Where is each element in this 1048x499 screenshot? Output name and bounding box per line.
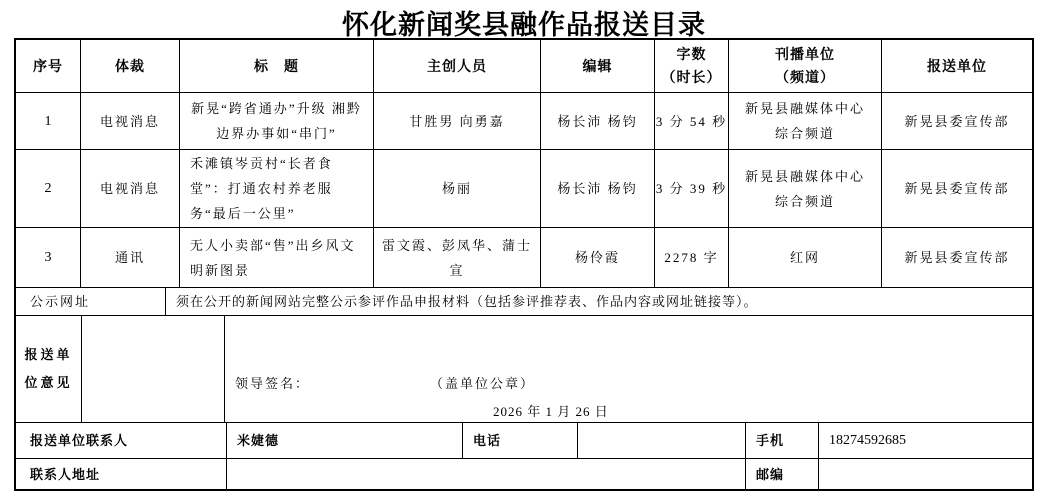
- notice-content: 须在公开的新闻网站完整公示参评作品申报材料（包括参评推荐表、作品内容或网址链接等…: [166, 288, 1032, 316]
- row3-title: 无人小卖部“售”出乡风文明新图景: [180, 228, 374, 288]
- notice-row: 公示网址 须在公开的新闻网站完整公示参评作品申报材料（包括参评推荐表、作品内容或…: [16, 288, 1032, 316]
- opinion-blank-cell: [82, 316, 225, 423]
- row2-submitter: 新晃县委宣传部: [882, 150, 1032, 228]
- contact-name: 米婕德: [227, 423, 463, 459]
- main-grid: 序号 体裁 标 题 主创人员 编辑 字数 （时长） 刊播单位 （频道） 报送单位…: [16, 40, 1032, 288]
- mobile-label: 手机: [746, 423, 819, 459]
- opinion-row: 报送单位意见 领导签名： （盖单位公章） 2026 年 1 月 26 日: [16, 316, 1032, 423]
- leader-signature-label: 领导签名：: [235, 371, 310, 396]
- document-page: 怀化新闻奖县融作品报送目录 序号 体裁 标 题 主创人员 编辑 字数 （时长） …: [0, 0, 1048, 499]
- row3-editor: 杨伶霞: [541, 228, 655, 288]
- col-header-creators: 主创人员: [374, 40, 541, 93]
- address-row: 联系人地址 邮编: [16, 459, 1032, 489]
- row3-outlet: 红网: [729, 228, 882, 288]
- opinion-content-cell: 领导签名： （盖单位公章） 2026 年 1 月 26 日: [225, 316, 1032, 423]
- row2-creators: 杨丽: [374, 150, 541, 228]
- mobile-value: 18274592685: [819, 423, 1032, 459]
- col-header-no: 序号: [16, 40, 81, 93]
- col-header-editor: 编辑: [541, 40, 655, 93]
- row1-no: 1: [16, 93, 81, 150]
- page-title: 怀化新闻奖县融作品报送目录: [0, 3, 1048, 42]
- row1-editor: 杨长沛 杨钧: [541, 93, 655, 150]
- submission-table: 序号 体裁 标 题 主创人员 编辑 字数 （时长） 刊播单位 （频道） 报送单位…: [14, 38, 1034, 491]
- row1-genre: 电视消息: [81, 93, 180, 150]
- opinion-date: 2026 年 1 月 26 日: [493, 399, 609, 423]
- notice-label: 公示网址: [16, 288, 166, 316]
- row2-genre: 电视消息: [81, 150, 180, 228]
- zip-value: [819, 459, 1032, 489]
- col-header-title: 标 题: [180, 40, 374, 93]
- zip-label: 邮编: [746, 459, 819, 489]
- row1-outlet: 新晃县融媒体中心综合频道: [729, 93, 882, 150]
- phone-label: 电话: [463, 423, 578, 459]
- row1-creators: 甘胜男 向勇嘉: [374, 93, 541, 150]
- row2-length: 3 分 39 秒: [655, 150, 729, 228]
- address-value: [227, 459, 746, 489]
- row2-outlet: 新晃县融媒体中心综合频道: [729, 150, 882, 228]
- col-header-submitter: 报送单位: [882, 40, 1032, 93]
- row2-editor: 杨长沛 杨钧: [541, 150, 655, 228]
- row1-title: 新晃“跨省通办”升级 湘黔边界办事如“串门”: [180, 93, 374, 150]
- row3-no: 3: [16, 228, 81, 288]
- row1-submitter: 新晃县委宣传部: [882, 93, 1032, 150]
- phone-value: [578, 423, 746, 459]
- address-label: 联系人地址: [16, 459, 227, 489]
- col-header-genre: 体裁: [81, 40, 180, 93]
- contact-row: 报送单位联系人 米婕德 电话 手机 18274592685: [16, 423, 1032, 459]
- row3-submitter: 新晃县委宣传部: [882, 228, 1032, 288]
- row3-creators: 雷文霞、彭凤华、蒲士宣: [374, 228, 541, 288]
- opinion-label: 报送单位意见: [16, 316, 82, 423]
- col-header-outlet: 刊播单位 （频道）: [729, 40, 882, 93]
- contact-label: 报送单位联系人: [16, 423, 227, 459]
- row3-length: 2278 字: [655, 228, 729, 288]
- row2-no: 2: [16, 150, 81, 228]
- row2-title: 禾滩镇岑贡村“长者食堂”：打通农村养老服务“最后一公里”: [180, 150, 374, 228]
- row1-length: 3 分 54 秒: [655, 93, 729, 150]
- unit-seal-note: （盖单位公章）: [430, 371, 535, 396]
- col-header-length: 字数 （时长）: [655, 40, 729, 93]
- row3-genre: 通讯: [81, 228, 180, 288]
